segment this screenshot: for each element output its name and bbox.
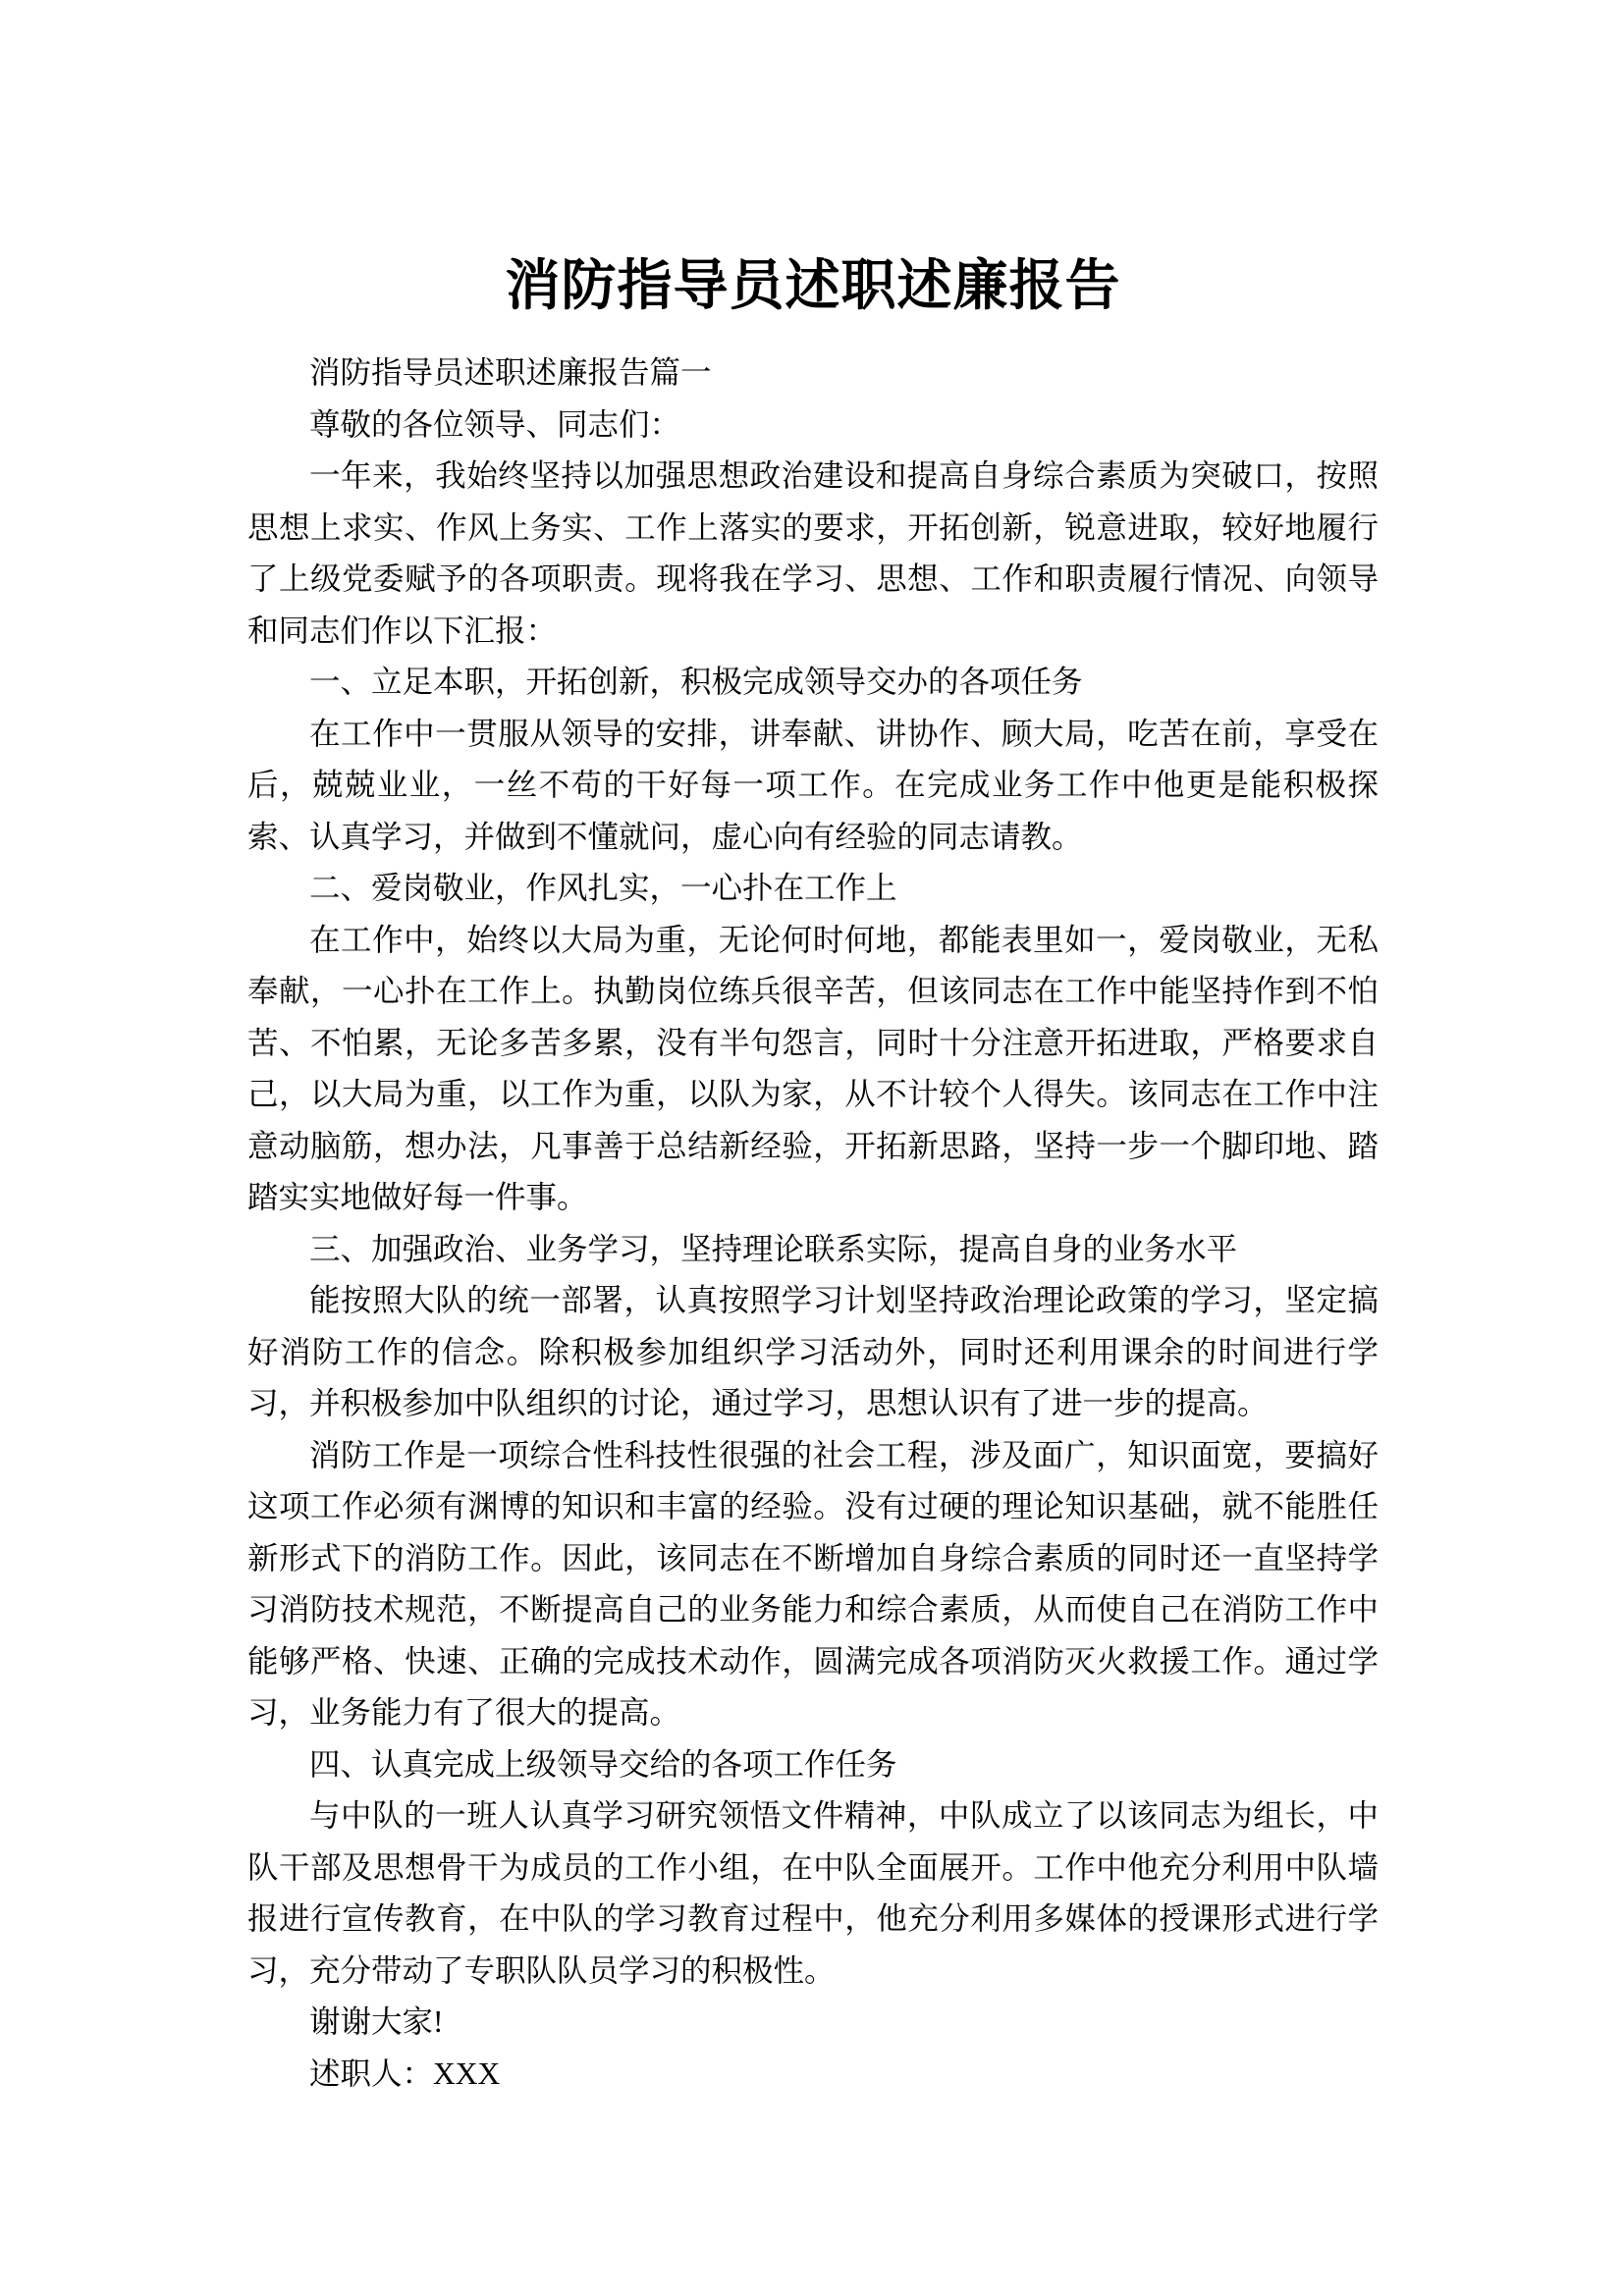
document-page: 消防指导员述职述廉报告 消防指导员述职述廉报告篇一 尊敬的各位领导、同志们： 一…: [0, 0, 1624, 2296]
salutation: 尊敬的各位领导、同志们：: [247, 400, 1379, 452]
document-title: 消防指导员述职述廉报告: [247, 247, 1379, 324]
paragraph: 能按照大队的统一部署，认真按照学习计划坚持政治理论政策的学习，坚定搞好消防工作的…: [247, 1275, 1379, 1430]
doc-subtitle: 消防指导员述职述廉报告篇一: [247, 347, 1379, 400]
paragraph: 一年来，我始终坚持以加强思想政治建设和提高自身综合素质为突破口，按照思想上求实、…: [247, 451, 1379, 657]
signature-line: 述职人：XXX: [247, 2049, 1379, 2101]
paragraph: 在工作中，始终以大局为重，无论何时何地，都能表里如一，爱岗敬业，无私奉献，一心扑…: [247, 915, 1379, 1224]
section-heading-2: 二、爱岗敬业，作风扎实，一心扑在工作上: [247, 863, 1379, 915]
paragraph: 在工作中一贯服从领导的安排，讲奉献、讲协作、顾大局，吃苦在前，享受在后，兢兢业业…: [247, 709, 1379, 864]
section-heading-4: 四、认真完成上级领导交给的各项工作任务: [247, 1739, 1379, 1791]
section-heading-1: 一、立足本职，开拓创新，积极完成领导交办的各项任务: [247, 657, 1379, 709]
section-heading-3: 三、加强政治、业务学习，坚持理论联系实际，提高自身的业务水平: [247, 1224, 1379, 1276]
paragraph: 消防工作是一项综合性科技性很强的社会工程，涉及面广，知识面宽，要搞好这项工作必须…: [247, 1430, 1379, 1739]
document-body: 消防指导员述职述廉报告篇一 尊敬的各位领导、同志们： 一年来，我始终坚持以加强思…: [247, 347, 1379, 2100]
closing-thanks: 谢谢大家!: [247, 1997, 1379, 2049]
paragraph: 与中队的一班人认真学习研究领悟文件精神，中队成立了以该同志为组长，中队干部及思想…: [247, 1790, 1379, 1997]
